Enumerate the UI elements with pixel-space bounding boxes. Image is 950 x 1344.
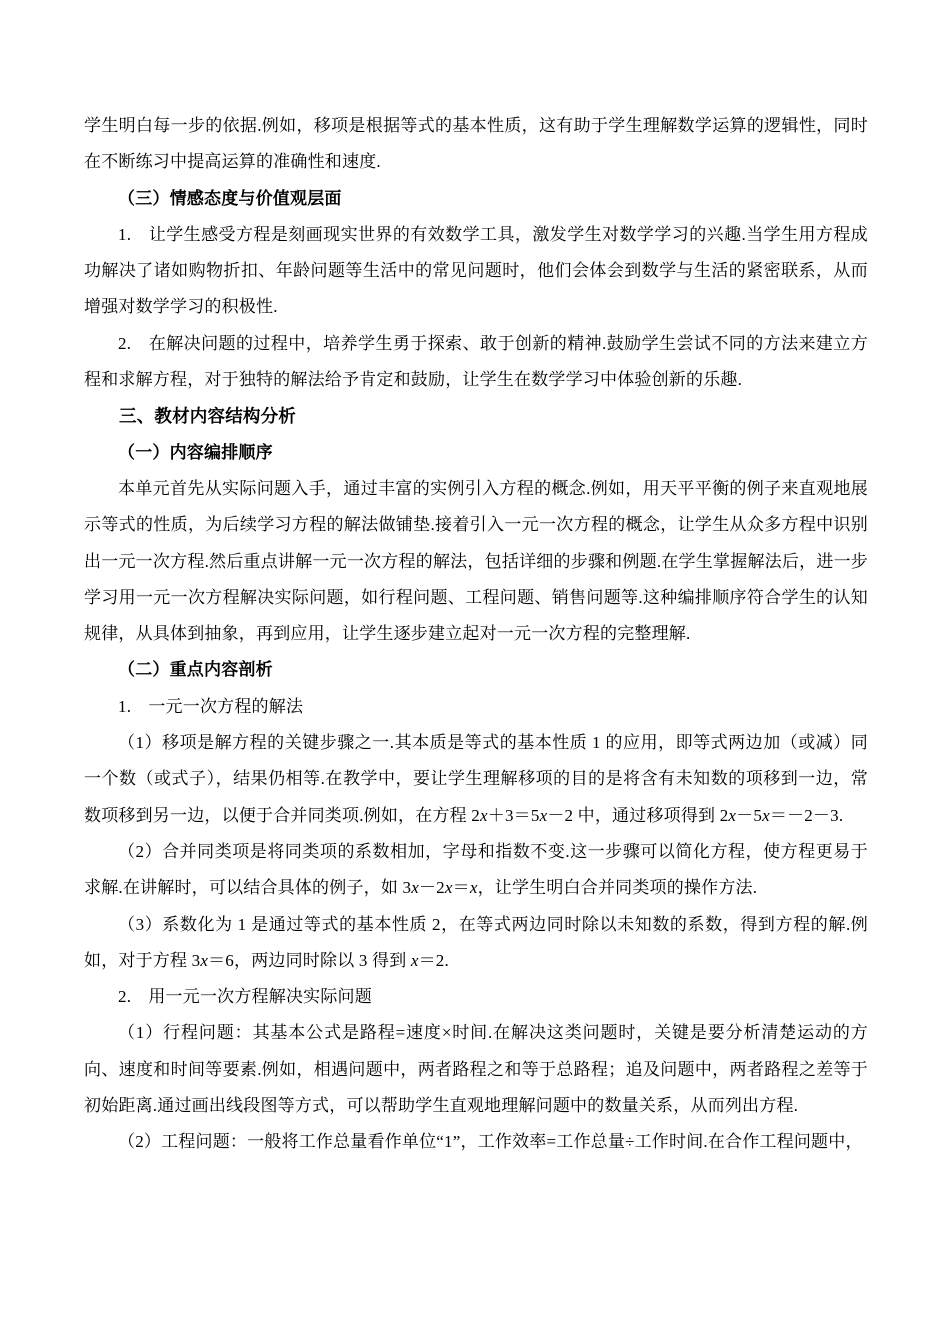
heading-affective-attitude-values: （三）情感态度与价值观层面 xyxy=(84,181,868,217)
document-body: 学生明白每一步的依据.例如，移项是根据等式的基本性质，这有助于学生理解数学运算的… xyxy=(84,108,868,1161)
paragraph-unit-arrangement-description: 本单元首先从实际问题入手，通过丰富的实例引入方程的概念.例如，用天平平衡的例子来… xyxy=(84,471,868,652)
paragraph-item2-solving-real-problems: 2. 用一元一次方程解决实际问题 xyxy=(84,979,868,1015)
paragraph-point1-travel-problems: （1）行程问题：其基本公式是路程=速度×时间.在解决这类问题时，关键是要分析清楚… xyxy=(84,1015,868,1124)
paragraph-point2-combining-like-terms: （2）合并同类项是将同类项的系数相加，字母和指数不变.这一步骤可以简化方程，使方… xyxy=(84,834,868,907)
heading-content-arrangement-order: （一）内容编排顺序 xyxy=(84,435,868,471)
paragraph-point1-transposition: （1）移项是解方程的关键步骤之一.其本质是等式的基本性质 1 的应用，即等式两边… xyxy=(84,725,868,834)
paragraph-continuation-basis-of-steps: 学生明白每一步的依据.例如，移项是根据等式的基本性质，这有助于学生理解数学运算的… xyxy=(84,108,868,181)
document-page: 学生明白每一步的依据.例如，移项是根据等式的基本性质，这有助于学生理解数学运算的… xyxy=(0,0,950,1344)
paragraph-item1-equations-as-tools: 1. 让学生感受方程是刻画现实世界的有效数学工具，激发学生对数学学习的兴趣.当学… xyxy=(84,217,868,326)
paragraph-point2-work-problems: （2）工程问题：一般将工作总量看作单位“1”，工作效率=工作总量÷工作时间.在合… xyxy=(84,1124,868,1160)
heading-key-content-analysis: （二）重点内容剖析 xyxy=(84,652,868,688)
paragraph-item1-solving-linear-equations: 1. 一元一次方程的解法 xyxy=(84,689,868,725)
heading-section3-textbook-structure-analysis: 三、教材内容结构分析 xyxy=(84,398,868,434)
paragraph-point3-coefficient-to-one: （3）系数化为 1 是通过等式的基本性质 2，在等式两边同时除以未知数的系数，得… xyxy=(84,907,868,980)
paragraph-item2-exploration-innovation: 2. 在解决问题的过程中，培养学生勇于探索、敢于创新的精神.鼓励学生尝试不同的方… xyxy=(84,326,868,399)
